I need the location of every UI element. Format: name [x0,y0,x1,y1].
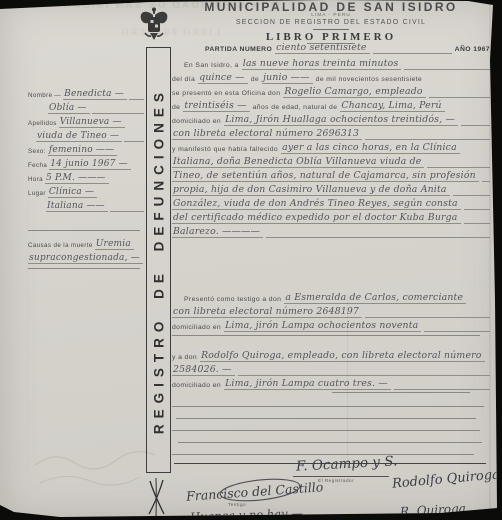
form-line: de treintiséis — años de edad, natural d… [172,100,490,112]
field-lugar-2: Italiana —— [28,200,144,212]
nombre-value-2: Oblía — [48,103,90,114]
handwritten-entry: Lima, Jirón Huallaga ochocientos treinti… [224,114,458,126]
handwritten-entry: Chancay, Lima, Perú [340,100,444,112]
apellidos-value-2: viuda de Tineo — [36,131,122,142]
witness2-signature-scrawl: R. Quiroga [400,501,467,518]
field-apellidos: Apellidos Villanueva — [28,116,144,128]
blank-rule-line [172,335,480,336]
ruled-fill-line [424,331,490,332]
handwritten-entry: propia, hija de don Casimiro Villanueva … [172,184,450,196]
partida-number-handwritten: ciento setentisiete [275,42,369,54]
printed-text: años de edad, natural de [253,104,338,112]
blank-rule-line [172,430,480,431]
handwritten-entry: treintiséis — [183,100,249,112]
header-location: LIMA - PERU [170,13,492,18]
field-causa-2: supracongestionada, — [28,252,144,264]
handwritten-entry: junio —— [262,72,313,84]
handwritten-entry: Rogelio Camargo, empleado [283,86,425,98]
printed-text: En San Isidro, a [184,62,239,70]
form-line: Balarezo. ———— [172,226,490,238]
register-spine-box: REGISTRO DE DEFUNCIONES [146,47,171,473]
apellidos-value: Villanueva — [59,117,125,128]
printed-text: domiciliado en [172,382,221,390]
ruled-fill-line [429,97,490,98]
fecha-value: 14 junio 1967 — [49,159,131,170]
ruled-fill-line [266,237,490,238]
blank-rule-line [176,418,476,419]
ruled-fill-line [453,195,490,196]
book-title: LIBRO PRIMERO [170,31,492,43]
coat-of-arms-icon [138,6,170,44]
blank-rule-line [172,406,484,407]
field-apellidos-2: viuda de Tineo — [28,130,144,142]
form-line: González, viuda de don Andrés Tineo Reye… [172,198,490,210]
form-line: se presentó en esta Oficina don Rogelio … [172,86,490,98]
witness-line: 2584026. — [172,364,490,376]
printed-text: del día [172,76,195,84]
partida-label: PARTIDA NUMERO [205,46,272,54]
field-lugar: Lugar Clínica — [28,186,144,198]
form-line: propia, hija de don Casimiro Villanueva … [172,184,490,196]
printed-text: Presentó como testigo a don [184,296,281,304]
form-line: del día quince — de junio —— de mil nove… [172,72,490,84]
form-line: con libreta electoral número 2696313 [172,128,490,140]
sexo-value: femenino —— [48,145,117,156]
form-line: del certificado médico expedido por el d… [172,212,490,224]
causa-value-2: supracongestionada, — [28,253,143,264]
blank-rule-line [172,454,474,455]
ruled-fill-line [110,211,144,212]
handwritten-entry: con libreta electoral número 2696313 [172,128,362,140]
printed-text: y a don [172,354,197,362]
field-hora: Hora 5 P.M. ——— [28,172,144,184]
margin-divider-rule [28,268,140,269]
year-label: AÑO 1967 [455,46,490,54]
fecha-label: Fecha [28,162,47,170]
ruled-fill-line [92,113,144,114]
handwritten-entry: del certificado médico expedido por el d… [172,212,461,224]
hora-value: 5 P.M. ——— [45,173,109,184]
witness1-signature-label: Testigo [228,502,246,507]
form-line: domiciliado en Lima, Jirón Huallaga ocho… [172,114,490,126]
handwritten-entry: González, viuda de don Andrés Tineo Reye… [172,198,461,210]
handwritten-entry: Lima, jirón Lampa cuatro tres. — [224,378,391,390]
lugar-value: Clínica — [48,187,97,198]
causa-value: Uremia [95,239,134,250]
handwritten-entry: Lima, jirón Lampa ochocientos noventa [224,320,421,332]
handwritten-entry: Rodolfo Quiroga, empleado, con libreta e… [200,350,484,362]
printed-text: de [251,76,259,84]
ruled-fill-line [365,139,490,140]
ruled-fill-line [427,167,490,168]
printed-text: domiciliado en [172,324,221,332]
printed-text: de [172,104,180,112]
header-section: SECCION DE REGISTRO DEL ESTADO CIVIL [170,19,492,26]
field-nombre: Nombre — Benedicta — [28,88,144,100]
printed-text: se presentó en esta Oficina don [172,90,280,98]
field-fecha: Fecha 14 junio 1967 — [28,158,144,170]
witness-line: domiciliado en Lima, jirón Lampa ochocie… [172,320,490,332]
printed-text: y manifestó que había fallecido [172,146,278,154]
ruled-fill-line [124,141,144,142]
ruled-fill-line [365,317,490,318]
witness1-signature-scrawl: Huanca y no hay — [190,506,303,520]
witness-line: domiciliado en Lima, jirón Lampa cuatro … [172,378,490,390]
form-line: y manifestó que había fallecido ayer a l… [172,142,490,154]
ruled-fill-line [238,375,490,376]
causa-label: Causas de la muerte [28,242,93,250]
handwritten-entry: quince — [198,72,247,84]
printed-text: domiciliado en [172,118,221,126]
register-spine-title: REGISTRO DE DEFUNCIONES [151,87,166,434]
printed-text: de mil novecientos sesentisiete [316,76,422,84]
field-nombre-2: Oblía — [28,102,144,114]
witness-line: y a don Rodolfo Quiroga, empleado, con l… [172,350,490,362]
registrar-signature-label: El Registrador [318,478,354,483]
scan-background: MUNICIPALIDAD DE SAN ISIDRO LIBRO PRIMER… [0,0,502,520]
ruled-fill-line [464,209,490,210]
field-sexo: Sexo: femenino —— [28,144,144,156]
handwritten-entry: Italiana, doña Benedicta Oblía Villanuev… [172,156,424,168]
witness-line: Presentó como testigo a don a Esmeralda … [172,292,490,304]
header-divider [313,29,349,30]
paper-edge-shadow [489,0,491,520]
ruled-fill-line [464,223,490,224]
handwritten-entry: Balarezo. ———— [172,226,263,238]
witness-line: con libreta electoral número 2648197 [172,306,490,318]
lugar-label: Lugar [28,190,46,198]
form-line: Italiana, doña Benedicta Oblía Villanuev… [172,156,490,168]
form-line: En San Isidro, a las nueve horas treinta… [172,58,490,70]
ruled-fill-line [404,69,490,70]
nombre-value: Benedicta — [63,89,127,100]
apellidos-label: Apellidos [28,120,57,128]
handwritten-x-mark [143,476,171,518]
scanned-document-page: MUNICIPALIDAD DE SAN ISIDRO LIBRO PRIMER… [0,0,502,520]
paper-fold-line [347,295,348,470]
nombre-label: Nombre — [28,92,61,100]
ruled-fill-line [129,99,144,100]
ruled-fill-line [461,125,490,126]
handwritten-entry: con libreta electoral número 2648197 [172,306,362,318]
ruled-fill-line [394,389,490,390]
handwritten-entry: Tineo, de setentiún años, natural de Caj… [172,170,479,182]
ink-flourish [30,425,160,495]
sexo-label: Sexo: [28,148,46,156]
margin-divider-rule [28,230,140,231]
partida-number-line: PARTIDA NUMERO ciento setentisiete AÑO 1… [205,42,490,54]
lugar-value-2: Italiana —— [46,201,108,212]
act-body: En San Isidro, a las nueve horas treinta… [172,54,490,474]
handwritten-entry: 2584026. — [172,364,235,376]
form-line: Tineo, de setentiún años, natural de Caj… [172,170,490,182]
handwritten-entry: las nueve horas treinta minutos [242,58,402,70]
blank-rule-line [332,392,470,393]
handwritten-entry: a Esmeralda de Carlos, comerciante [284,292,466,304]
field-causa: Causas de la muerte Uremia [28,238,144,250]
margin-index-column: Nombre — Benedicta — Oblía — Apellidos V… [28,88,144,278]
blank-rule-line [178,442,482,443]
hora-label: Hora [28,176,43,184]
handwritten-entry: ayer a las cinco horas, en la Clínica [281,142,460,154]
registrar-signature-rule [293,476,389,477]
